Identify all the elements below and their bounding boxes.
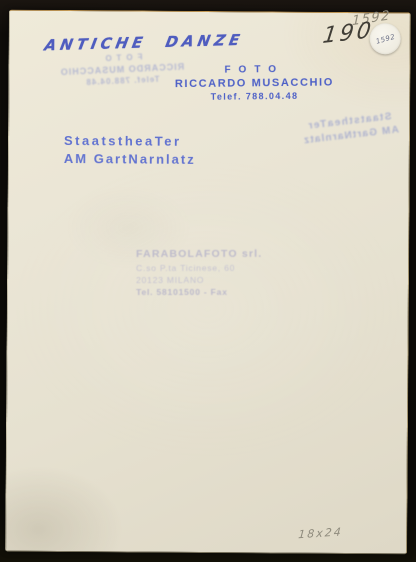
stamp-line-photographer-name: RICCARDO MUSACCHIO	[154, 76, 354, 90]
pen-archive-number: 190	[321, 18, 375, 49]
stamp-line-telephone: Telef. 788.04.48	[154, 90, 354, 102]
ghost-stamp-line: StaatstheaTer	[284, 109, 414, 135]
photo-print-back-paper: ANTICHE DANZE FOTO RICCARDO MUSACCHIO Te…	[5, 10, 411, 555]
stamp-line-agency-name: FARABOLAFOTO srl.	[136, 248, 262, 260]
round-archive-sticker: 1592	[370, 23, 401, 54]
ghost-stamp-theater: StaatstheaTer AM GartNarnlatz	[284, 109, 416, 149]
stamp-line-theater-place: AM GartNarnlatz	[64, 151, 196, 167]
photo-studio-stamp: FOTO RICCARDO MUSACCHIO Telef. 788.04.48	[154, 63, 354, 102]
handwritten-title: ANTICHE DANZE	[43, 31, 245, 55]
theater-stamp: StaatstheaTer AM GartNarnlatz	[64, 133, 196, 167]
pencil-print-size-note: 18x24	[298, 525, 343, 541]
sticker-number: 1592	[375, 32, 396, 45]
stamp-line-agency-city: 20123 MILANO	[136, 275, 262, 285]
ghost-stamp-line: AM GartNarnlatz	[286, 123, 416, 149]
stamp-line-agency-phone: Tel. 58101500 - Fax	[136, 287, 262, 297]
stamp-line-foto: FOTO	[154, 63, 354, 76]
stamp-line-agency-address: C.so P.ta Ticinese, 60	[136, 263, 262, 273]
stamp-line-theater-name: StaatstheaTer	[64, 133, 196, 149]
agency-stamp: FARABOLAFOTO srl. C.so P.ta Ticinese, 60…	[136, 248, 262, 297]
